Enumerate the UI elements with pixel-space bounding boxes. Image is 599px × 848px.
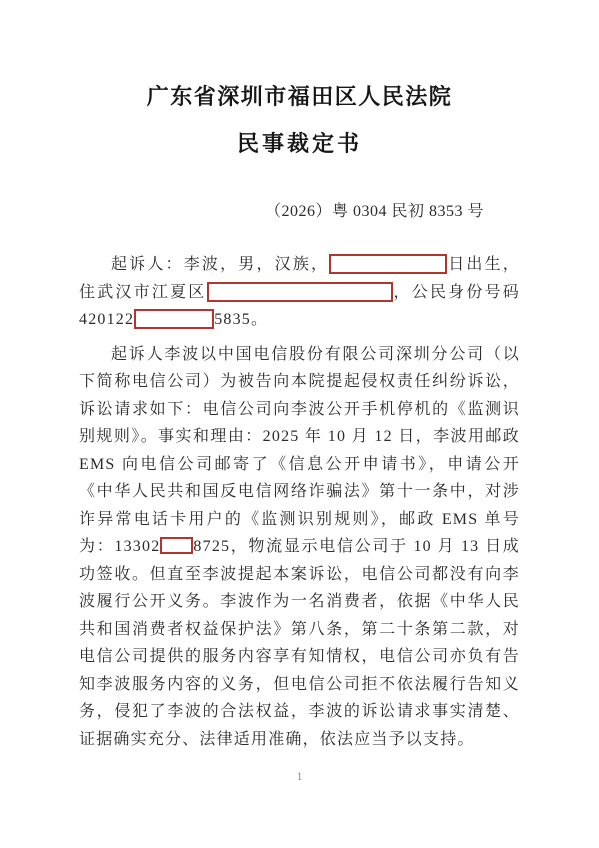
- facts-text-2: 8725，物流显示电信公司于 10 月 13 日成功签收。但直至李波提起本案诉讼…: [79, 538, 520, 748]
- ruling-document-page: 广东省深圳市福田区人民法院 民事裁定书 （2026）粤 0304 民初 8353…: [0, 0, 599, 848]
- facts-text-1: 起诉人李波以中国电信股份有限公司深圳分公司（以下简称电信公司）为被告向本院提起侵…: [79, 346, 520, 556]
- redaction-box-address: [207, 282, 393, 302]
- court-name: 广东省深圳市福田区人民法院: [79, 85, 520, 109]
- redaction-box-id-number: [134, 309, 214, 329]
- document-type-title: 民事裁定书: [79, 132, 520, 156]
- party-paragraph: 起诉人：李波，男，汉族，日出生，住武汉市江夏区，公民身份号码4201225835…: [79, 251, 520, 334]
- redaction-box-ems-number: [160, 537, 193, 554]
- party-text-4: 5835。: [214, 311, 268, 328]
- case-number: （2026）粤 0304 民初 8353 号: [79, 202, 520, 222]
- page-number: 1: [0, 769, 599, 784]
- party-text-1: 起诉人：李波，男，汉族，: [111, 256, 329, 273]
- facts-paragraph: 起诉人李波以中国电信股份有限公司深圳分公司（以下简称电信公司）为被告向本院提起侵…: [79, 341, 520, 754]
- redaction-box-birthdate: [329, 254, 447, 274]
